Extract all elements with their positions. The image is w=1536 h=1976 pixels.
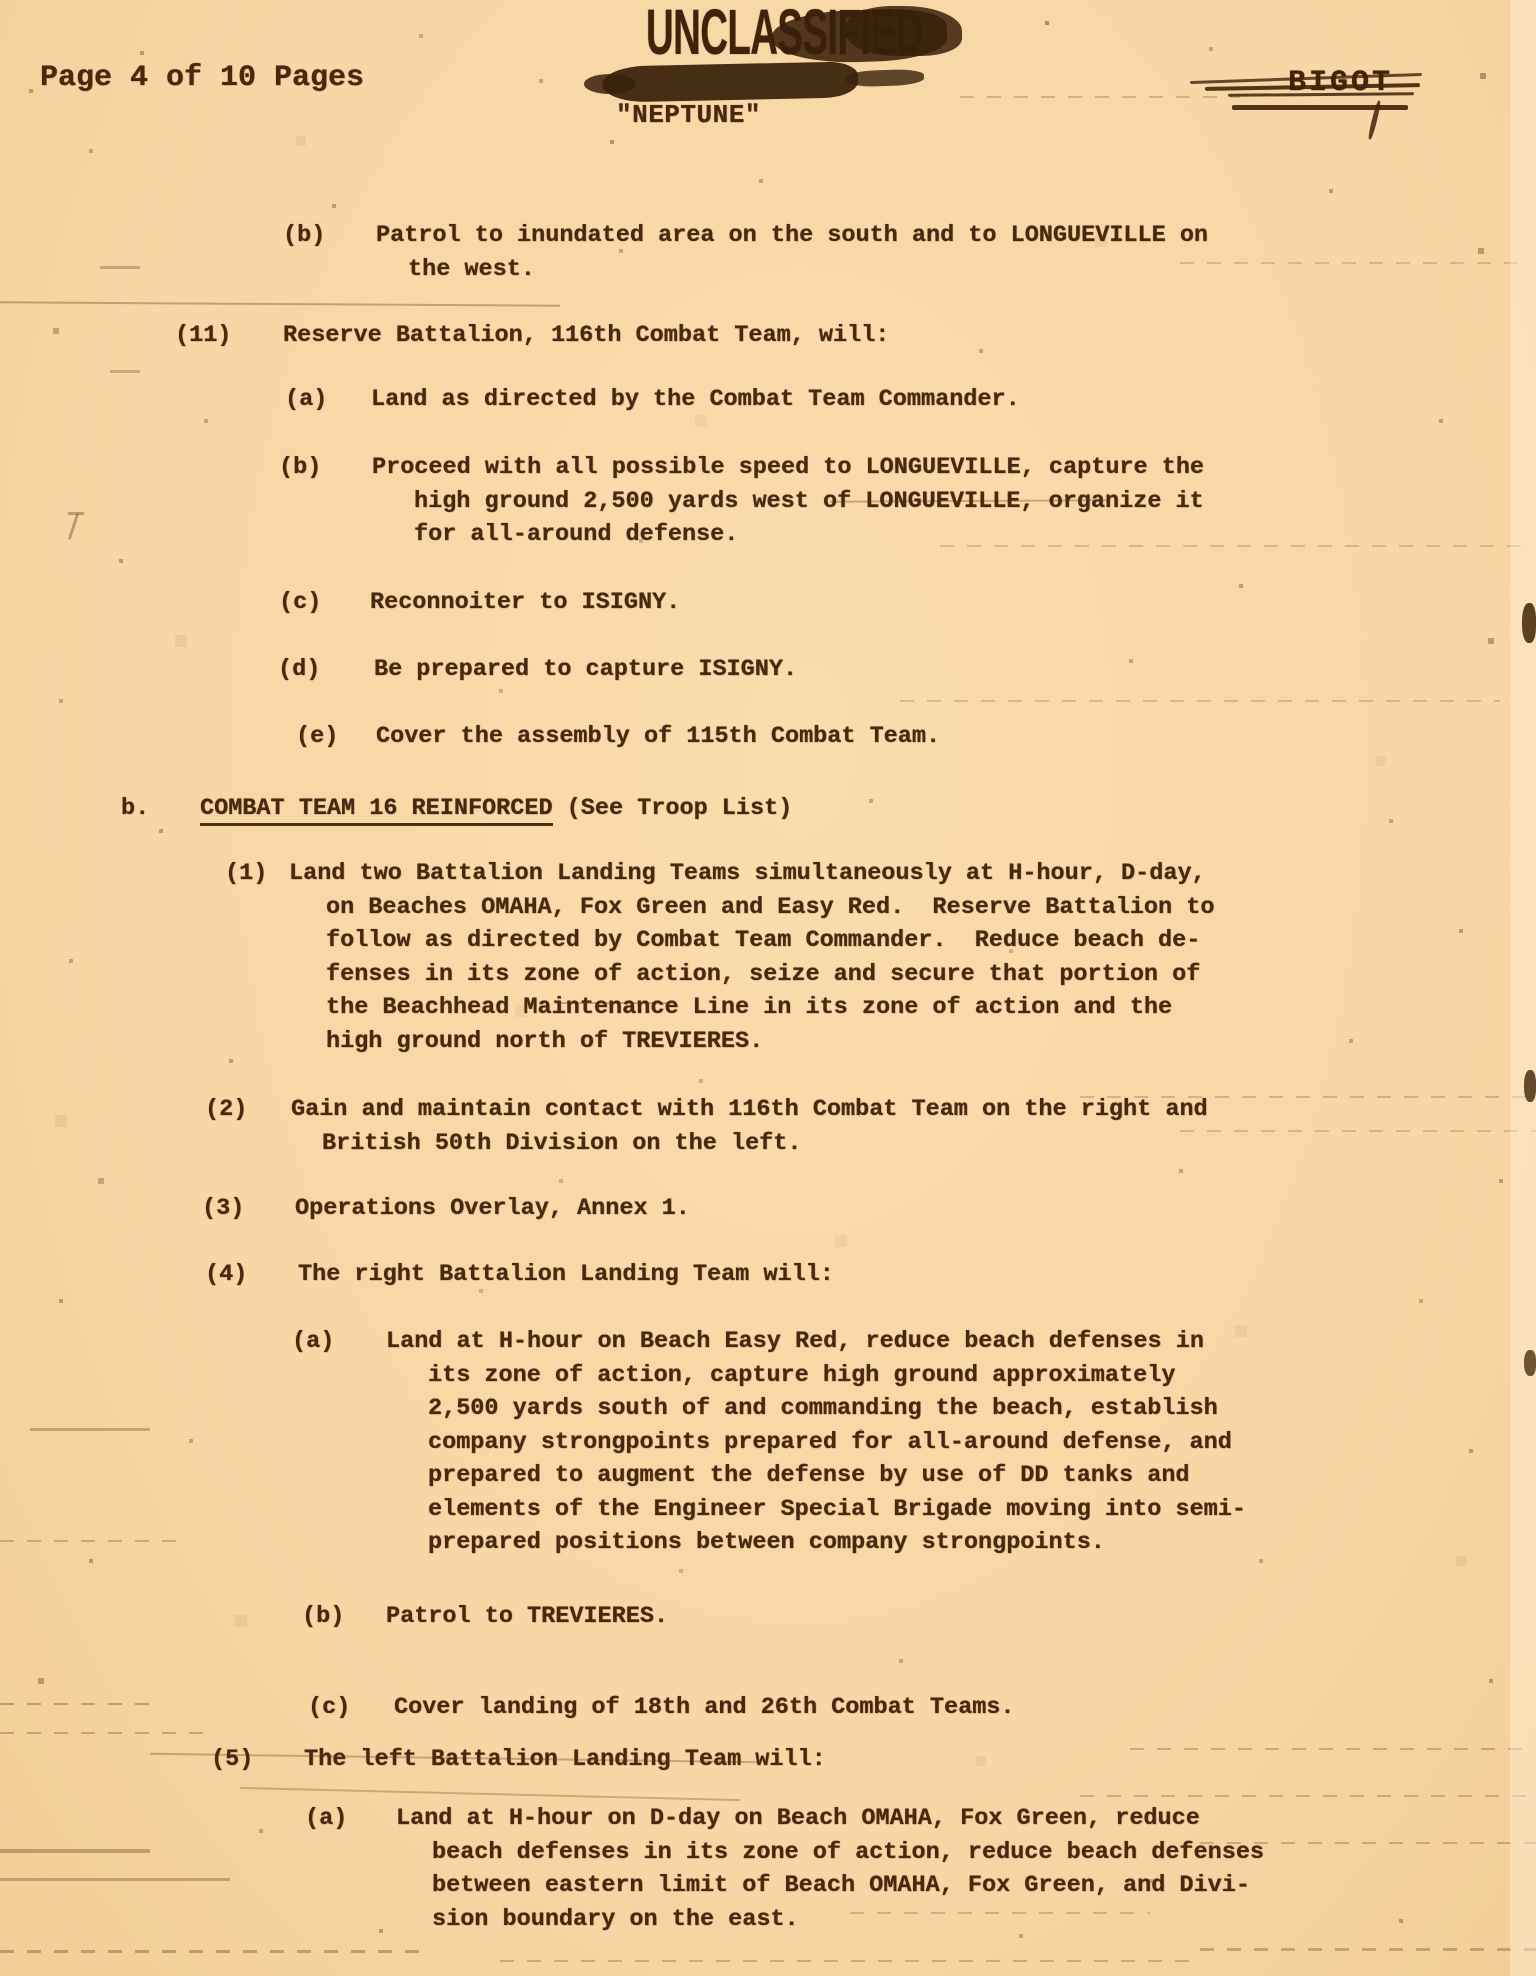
- scan-streak: [940, 545, 1530, 547]
- heading-rest: (See Troop List): [553, 795, 793, 822]
- para-text: Operations Overlay, Annex 1.: [295, 1192, 1405, 1226]
- para-text: Gain and maintain contact with 116th Com…: [291, 1093, 1432, 1160]
- edge-ink-blob: [1524, 1070, 1536, 1102]
- scan-streak: [1180, 262, 1530, 264]
- para-text: Cover the assembly of 115th Combat Team.: [376, 720, 1486, 754]
- document-page: Page 4 of 10 Pages UNCLASSIFIED "NEPTUNE…: [0, 0, 1536, 1976]
- para-label: (4): [205, 1258, 247, 1292]
- para-label: (11): [175, 319, 231, 353]
- para-label: (b): [283, 219, 325, 253]
- ink-smudge: [846, 69, 925, 88]
- para-text: Reserve Battalion, 116th Combat Team, wi…: [283, 319, 1393, 353]
- para-text: Cover landing of 18th and 26th Combat Te…: [394, 1691, 1504, 1725]
- scan-streak: [0, 1950, 420, 1953]
- para-label: (a): [292, 1325, 334, 1359]
- para-text: Land at H-hour on D-day on Beach OMAHA, …: [396, 1802, 1536, 1936]
- scan-streak: [1080, 1795, 1536, 1797]
- scan-streak: [1180, 1130, 1536, 1132]
- scan-mark: [30, 1428, 150, 1431]
- ink-smudge: [602, 61, 859, 102]
- scan-streak: [500, 1960, 1200, 1962]
- para-label: (c): [308, 1691, 350, 1725]
- para-label: (c): [279, 586, 321, 620]
- paper-blotches: [0, 0, 2, 2]
- scan-streak: [0, 1703, 160, 1705]
- para-label: (a): [305, 1802, 347, 1836]
- para-label: (b): [279, 451, 321, 485]
- para-text: Reconnoiter to ISIGNY.: [370, 586, 1480, 620]
- para-text: Land two Battalion Landing Teams simulta…: [289, 857, 1436, 1058]
- para-text: The right Battalion Landing Team will:: [298, 1258, 1408, 1292]
- scan-mark: [0, 1878, 230, 1881]
- edge-ink-blob: [1522, 603, 1536, 643]
- scan-streak: [1200, 1948, 1536, 1951]
- page-edge: [1510, 0, 1536, 1976]
- para-text: Land as directed by the Combat Team Comm…: [371, 383, 1481, 417]
- scan-streak: [0, 1540, 180, 1542]
- scan-line: [0, 301, 560, 306]
- edge-ink-blob: [1524, 1350, 1536, 1376]
- para-label: (2): [205, 1093, 247, 1127]
- scan-line: [240, 1787, 740, 1801]
- heading-underlined: COMBAT TEAM 16 REINFORCED: [200, 795, 553, 826]
- pen-mark: [68, 513, 79, 540]
- scan-mark: [0, 1849, 150, 1853]
- codeword-neptune: "NEPTUNE": [616, 100, 761, 130]
- para-label: (d): [278, 653, 320, 687]
- para-label: (1): [225, 857, 267, 891]
- scan-mark: [110, 370, 140, 373]
- scan-line: [555, 1002, 675, 1004]
- para-text: Land at H-hour on Beach Easy Red, reduce…: [386, 1325, 1536, 1560]
- para-label: (e): [296, 720, 338, 754]
- section-heading: COMBAT TEAM 16 REINFORCED (See Troop Lis…: [200, 792, 1310, 826]
- ink-smudge: [584, 74, 636, 94]
- para-text: Patrol to TREVIERES.: [386, 1600, 1496, 1634]
- para-text: Be prepared to capture ISIGNY.: [374, 653, 1484, 687]
- scan-streak: [960, 96, 1240, 98]
- ink-smudge: [846, 6, 962, 56]
- scan-mark: [100, 266, 140, 269]
- para-label: (5): [211, 1743, 253, 1777]
- scan-streak: [1200, 1842, 1536, 1844]
- para-label: (b): [302, 1600, 344, 1634]
- underline-mark: [1232, 105, 1408, 110]
- page-number-label: Page 4 of 10 Pages: [40, 60, 364, 96]
- para-label: (3): [202, 1192, 244, 1226]
- scan-streak: [850, 1912, 1150, 1914]
- para-label: b.: [121, 792, 149, 826]
- scan-streak: [900, 700, 1500, 702]
- para-text: Patrol to inundated area on the south an…: [376, 219, 1518, 286]
- para-label: (a): [285, 383, 327, 417]
- scan-streak: [1130, 1748, 1530, 1750]
- scan-streak: [0, 1732, 210, 1734]
- scan-streak: [1080, 1096, 1530, 1098]
